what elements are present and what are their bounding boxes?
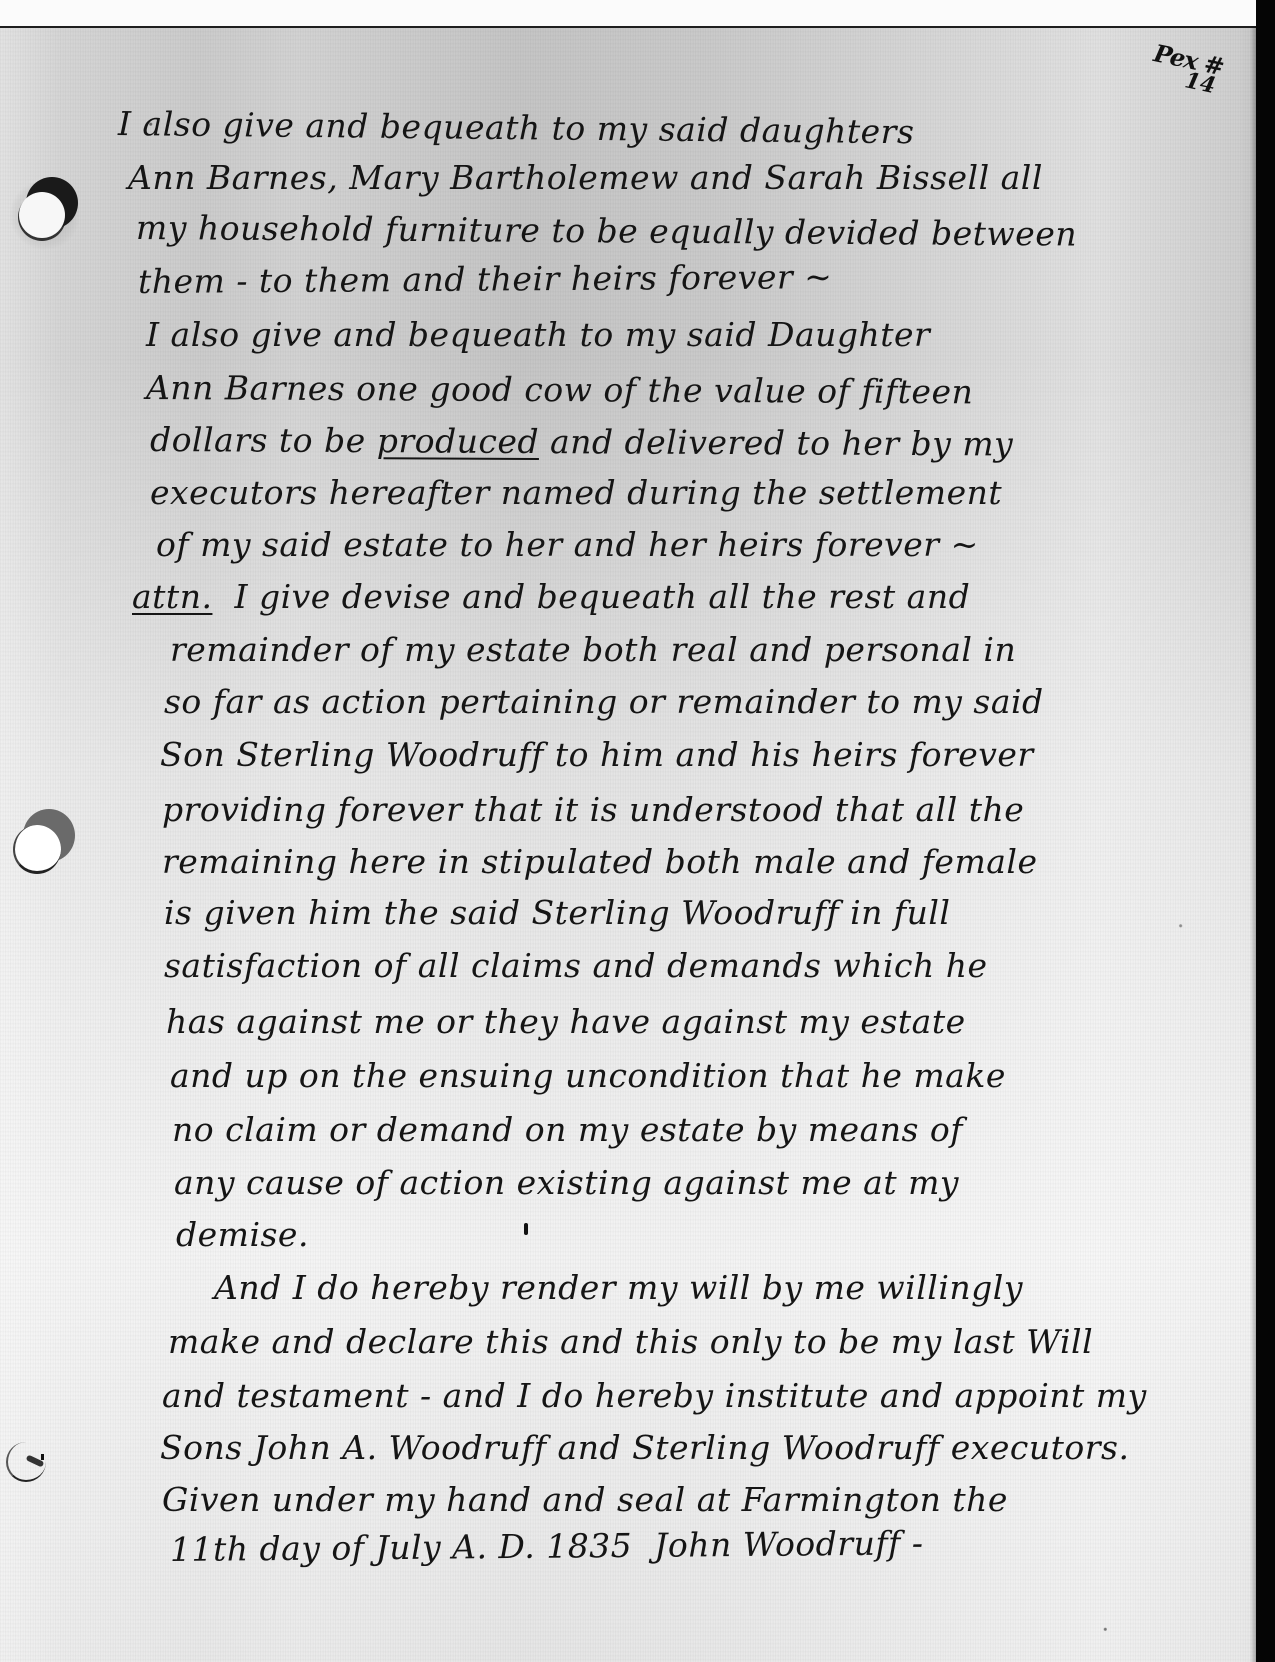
text-line: Ann Barnes, Mary Bartholemew and Sarah B… <box>128 158 1043 198</box>
underlined-word: produced <box>377 421 539 461</box>
text-line: executors hereafter named during the set… <box>150 473 1002 513</box>
text-line: Sons John A. Woodruff and Sterling Woodr… <box>160 1428 1129 1468</box>
handwritten-text: I also give and bequeath to my said daug… <box>0 0 1256 1662</box>
text-line: Given under my hand and seal at Farmingt… <box>162 1480 1008 1520</box>
margin-note: attn. <box>132 577 212 616</box>
text-line: remainder of my estate both real and per… <box>170 630 1016 670</box>
scanned-page: Pex # 14 I also give and bequeath to my … <box>0 0 1275 1662</box>
text-line: dollars to be produced and delivered to … <box>150 420 1013 465</box>
text-line: Son Sterling Woodruff to him and his hei… <box>160 735 1034 775</box>
text-line: has against me or they have against my e… <box>166 1002 966 1042</box>
text-line: them - to them and their heirs forever ~ <box>138 257 833 302</box>
text-line: And I do hereby render my will by me wil… <box>214 1268 1023 1308</box>
text-line-part: and delivered to her by my <box>539 422 1013 463</box>
text-line: attn. I give devise and bequeath all the… <box>132 577 970 617</box>
text-line-part: I give devise and bequeath all the rest … <box>234 577 970 616</box>
scan-right-border <box>1256 0 1275 1662</box>
text-line: Ann Barnes one good cow of the value of … <box>146 368 974 412</box>
ink-mark <box>524 1223 528 1235</box>
text-line: make and declare this and this only to b… <box>168 1322 1093 1362</box>
text-line: and up on the ensuing uncondition that h… <box>170 1056 1006 1096</box>
text-line: I also give and bequeath to my said daug… <box>118 104 915 152</box>
text-line: providing forever that it is understood … <box>162 790 1024 830</box>
text-line: 11th day of July A. D. 1835 John Woodruf… <box>170 1523 924 1570</box>
text-line: any cause of action existing against me … <box>174 1163 959 1203</box>
text-line: I also give and bequeath to my said Daug… <box>146 315 930 355</box>
text-line: my household furniture to be equally dev… <box>136 208 1077 255</box>
text-line: no claim or demand on my estate by means… <box>172 1110 963 1150</box>
text-line: satisfaction of all claims and demands w… <box>164 946 988 986</box>
date-text: 11th day of July A. D. 1835 <box>170 1526 633 1569</box>
text-line: demise. <box>176 1215 309 1255</box>
text-line-part: dollars to be <box>150 420 377 460</box>
text-line: of my said estate to her and her heirs f… <box>156 525 979 565</box>
text-line: is given him the said Sterling Woodruff … <box>164 893 950 933</box>
signature: John Woodruff - <box>654 1523 924 1564</box>
text-line: so far as action pertaining or remainder… <box>164 682 1044 722</box>
text-line: remaining here in stipulated both male a… <box>162 842 1038 882</box>
text-line: and testament - and I do hereby institut… <box>162 1376 1147 1416</box>
